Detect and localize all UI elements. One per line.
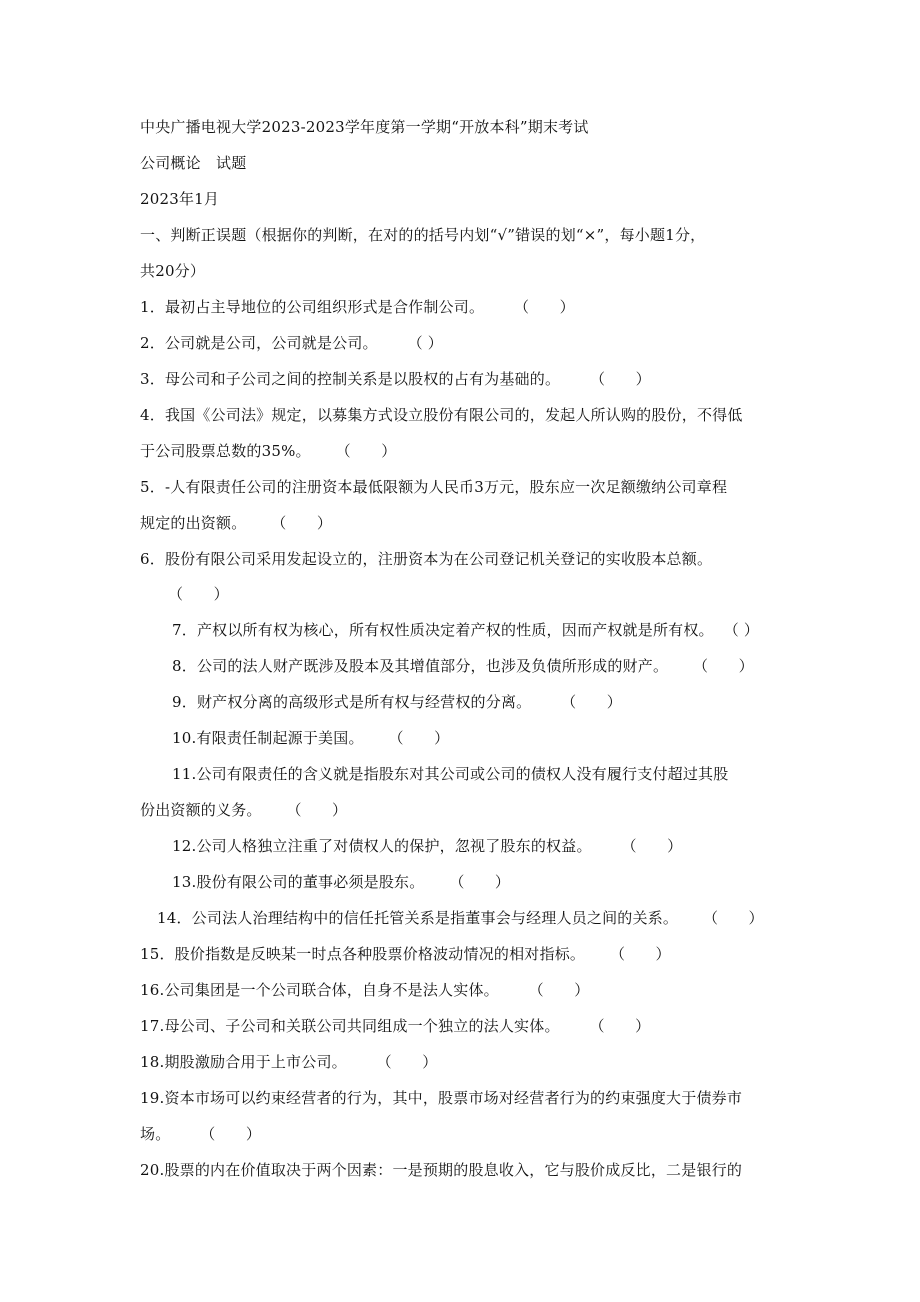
question-20: 20.股票的内在价值取决于两个因素：一是预期的股息收入，它与股价成反比，二是银行… bbox=[140, 1160, 742, 1180]
answer-bracket: （ ） bbox=[271, 514, 332, 532]
exam-page: 中央广播电视大学2023-2023学年度第一学期“开放本科”期末考试 公司概论 … bbox=[0, 0, 920, 1302]
section-heading: 一、判断正误题（根据你的判断，在对的的括号内划“√”错误的划“×”，每小题1分， bbox=[140, 225, 705, 245]
exam-title: 中央广播电视大学2023-2023学年度第一学期“开放本科”期末考试 bbox=[140, 117, 589, 137]
answer-bracket: （ ） bbox=[408, 334, 443, 352]
question-13: 13.股份有限公司的董事必须是股东。 （ ） bbox=[172, 872, 510, 892]
answer-bracket: （ ） bbox=[589, 1017, 650, 1035]
question-text: 15．股价指数是反映某一时点各种股票价格波动情况的相对指标。 bbox=[140, 945, 585, 963]
question-4: 4．我国《公司法》规定，以募集方式设立股份有限公司的，发起人所认购的股份，不得低 bbox=[140, 405, 743, 425]
question-text: 场。 bbox=[140, 1125, 170, 1143]
question-text: 规定的出资额。 bbox=[140, 514, 246, 532]
question-text: 于公司股票总数的35%。 bbox=[140, 442, 311, 460]
question-11: 11.公司有限责任的含义就是指股东对其公司或公司的债权人没有履行支付超过其股 bbox=[172, 764, 728, 784]
answer-bracket: （ ） bbox=[621, 837, 682, 855]
answer-bracket: （ ） bbox=[336, 442, 397, 460]
question-14: 14．公司法人治理结构中的信任托管关系是指董事会与经理人员之间的关系。 （ ） bbox=[157, 908, 764, 928]
question-text: 2．公司就是公司，公司就是公司。 bbox=[140, 334, 378, 352]
question-9: 9．财产权分离的高级形式是所有权与经营权的分离。 （ ） bbox=[172, 692, 622, 712]
answer-bracket: （ ） bbox=[703, 909, 764, 927]
answer-bracket: （ ） bbox=[449, 873, 510, 891]
section-heading-cont: 共20分） bbox=[140, 261, 205, 281]
question-text: 16.公司集团是一个公司联合体，自身不是法人实体。 bbox=[140, 981, 499, 999]
answer-bracket: （ ） bbox=[200, 1125, 261, 1143]
question-8: 8．公司的法人财产既涉及股本及其增值部分，也涉及负债所形成的财产。 （ ） bbox=[172, 656, 754, 676]
question-text: 13.股份有限公司的董事必须是股东。 bbox=[172, 873, 424, 891]
question-text: 份出资额的义务。 bbox=[140, 801, 262, 819]
answer-bracket: （ ） bbox=[286, 801, 347, 819]
question-text: 14．公司法人治理结构中的信任托管关系是指董事会与经理人员之间的关系。 bbox=[157, 909, 678, 927]
question-text: 18.期股激励合用于上市公司。 bbox=[140, 1053, 347, 1071]
question-text: 7．产权以所有权为核心，所有权性质决定着产权的性质，因而产权就是所有权。 bbox=[172, 621, 714, 639]
question-2: 2．公司就是公司，公司就是公司。 （ ） bbox=[140, 333, 443, 353]
question-4-cont: 于公司股票总数的35%。 （ ） bbox=[140, 441, 396, 461]
question-3: 3．母公司和子公司之间的控制关系是以股权的占有为基础的。 （ ） bbox=[140, 369, 651, 389]
question-text: 10.有限责任制起源于美国。 bbox=[172, 729, 364, 747]
question-19-cont: 场。 （ ） bbox=[140, 1124, 261, 1144]
question-6: 6．股份有限公司采用发起设立的，注册资本为在公司登记机关登记的实收股本总额。 bbox=[140, 549, 712, 569]
answer-bracket: （ ） bbox=[561, 693, 622, 711]
answer-bracket: （ ） bbox=[529, 981, 590, 999]
question-12: 12.公司人格独立注重了对债权人的保护，忽视了股东的权益。 （ ） bbox=[172, 836, 682, 856]
answer-bracket: （ ） bbox=[168, 584, 229, 604]
exam-subject: 公司概论 试题 bbox=[140, 153, 246, 173]
exam-date: 2023年1月 bbox=[140, 189, 219, 209]
question-15: 15．股价指数是反映某一时点各种股票价格波动情况的相对指标。 （ ） bbox=[140, 944, 671, 964]
question-5-cont: 规定的出资额。 （ ） bbox=[140, 513, 332, 533]
question-text: 9．财产权分离的高级形式是所有权与经营权的分离。 bbox=[172, 693, 531, 711]
question-5: 5．-人有限责任公司的注册资本最低限额为人民币3万元，股东应一次足额缴纳公司章程 bbox=[140, 477, 727, 497]
answer-bracket: （ ） bbox=[693, 657, 754, 675]
question-text: 1．最初占主导地位的公司组织形式是合作制公司。 bbox=[140, 298, 484, 316]
answer-bracket: （ ） bbox=[389, 729, 450, 747]
answer-bracket: （ ） bbox=[377, 1053, 438, 1071]
answer-bracket: （ ） bbox=[514, 298, 575, 316]
question-text: 8．公司的法人财产既涉及股本及其增值部分，也涉及负债所形成的财产。 bbox=[172, 657, 668, 675]
question-1: 1．最初占主导地位的公司组织形式是合作制公司。 （ ） bbox=[140, 297, 575, 317]
question-text: 17.母公司、子公司和关联公司共同组成一个独立的法人实体。 bbox=[140, 1017, 560, 1035]
question-18: 18.期股激励合用于上市公司。 （ ） bbox=[140, 1052, 437, 1072]
question-16: 16.公司集团是一个公司联合体，自身不是法人实体。 （ ） bbox=[140, 980, 589, 1000]
question-17: 17.母公司、子公司和关联公司共同组成一个独立的法人实体。 （ ） bbox=[140, 1016, 650, 1036]
question-text: 12.公司人格独立注重了对债权人的保护，忽视了股东的权益。 bbox=[172, 837, 592, 855]
question-19: 19.资本市场可以约束经营者的行为，其中，股票市场对经营者行为的约束强度大于债券… bbox=[140, 1088, 742, 1108]
answer-bracket: （ ） bbox=[590, 370, 651, 388]
question-text: 3．母公司和子公司之间的控制关系是以股权的占有为基础的。 bbox=[140, 370, 560, 388]
answer-bracket: （ ） bbox=[724, 621, 759, 639]
question-7: 7．产权以所有权为核心，所有权性质决定着产权的性质，因而产权就是所有权。 （ ） bbox=[172, 620, 759, 640]
answer-bracket: （ ） bbox=[610, 945, 671, 963]
question-11-cont: 份出资额的义务。 （ ） bbox=[140, 800, 347, 820]
question-10: 10.有限责任制起源于美国。 （ ） bbox=[172, 728, 449, 748]
